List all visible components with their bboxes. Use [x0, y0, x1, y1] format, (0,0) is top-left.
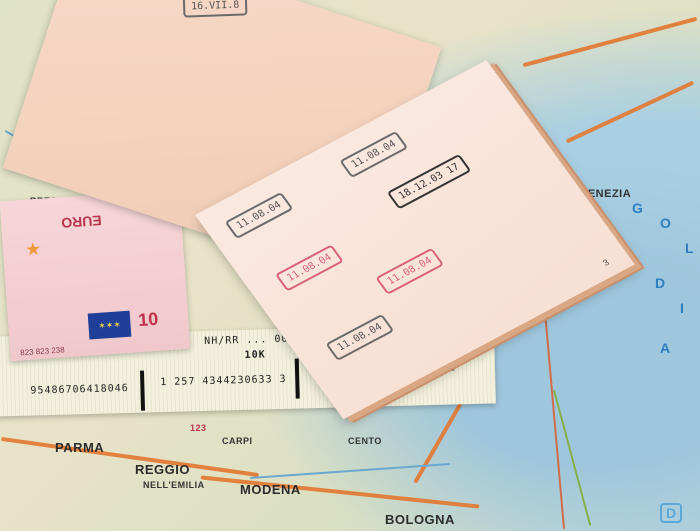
ticket-bar [295, 359, 300, 399]
visa-stamp: 11.08.04 [339, 131, 408, 178]
sea-letter: D [655, 275, 665, 291]
sea-letter: D [660, 503, 682, 523]
euro-label: EURO [61, 212, 102, 231]
town-label: NELL'EMILIA [143, 480, 205, 490]
ticket-bar [140, 371, 145, 411]
page-number: 3 [601, 257, 611, 268]
map-road [523, 17, 698, 67]
sea-letter: O [660, 215, 671, 231]
town-label: REGGIO [135, 462, 190, 477]
sea-letter: G [632, 200, 643, 216]
ticket-code-main: 1 257 4344230633 3 [160, 374, 287, 388]
euro-serial: 823 823 238 [20, 345, 65, 357]
town-label: MODENA [240, 482, 301, 497]
stamp-date: 18.12.03 [397, 170, 446, 202]
sea-letter: L [685, 240, 694, 256]
stamp-code: 17 [445, 162, 462, 177]
euro-denomination: 10 [138, 309, 159, 331]
visa-stamp: 18.12.03 17 [387, 154, 472, 210]
visa-stamp: 11.08.04 [275, 244, 344, 291]
star-icon: ★ [24, 239, 42, 261]
road-number: 123 [190, 423, 207, 433]
town-label: CARPI [222, 436, 253, 446]
town-label: CENTO [348, 436, 382, 446]
ticket-code-top: 10K [244, 349, 265, 361]
visa-stamp: 16.VII.8 [183, 0, 248, 18]
map-road [566, 81, 695, 144]
visa-stamp: 11.08.04 [225, 192, 294, 239]
sea-letter: A [660, 340, 670, 356]
visa-stamp: 11.08.04 [325, 314, 394, 361]
photo-scene: PARMA REGGIO MODENA BOLOGNA VENEZIA CARP… [0, 0, 700, 531]
ticket-code-left: 95486706418046 [30, 383, 129, 397]
town-label: PARMA [55, 440, 104, 455]
sea-letter: I [680, 300, 684, 316]
map-road [1, 437, 259, 477]
visa-stamp: 11.08.04 [375, 248, 444, 295]
town-label: VENEZIA [580, 188, 631, 200]
town-label: BOLOGNA [385, 512, 455, 527]
eu-flag-icon: ✶✶✶ [88, 311, 132, 340]
